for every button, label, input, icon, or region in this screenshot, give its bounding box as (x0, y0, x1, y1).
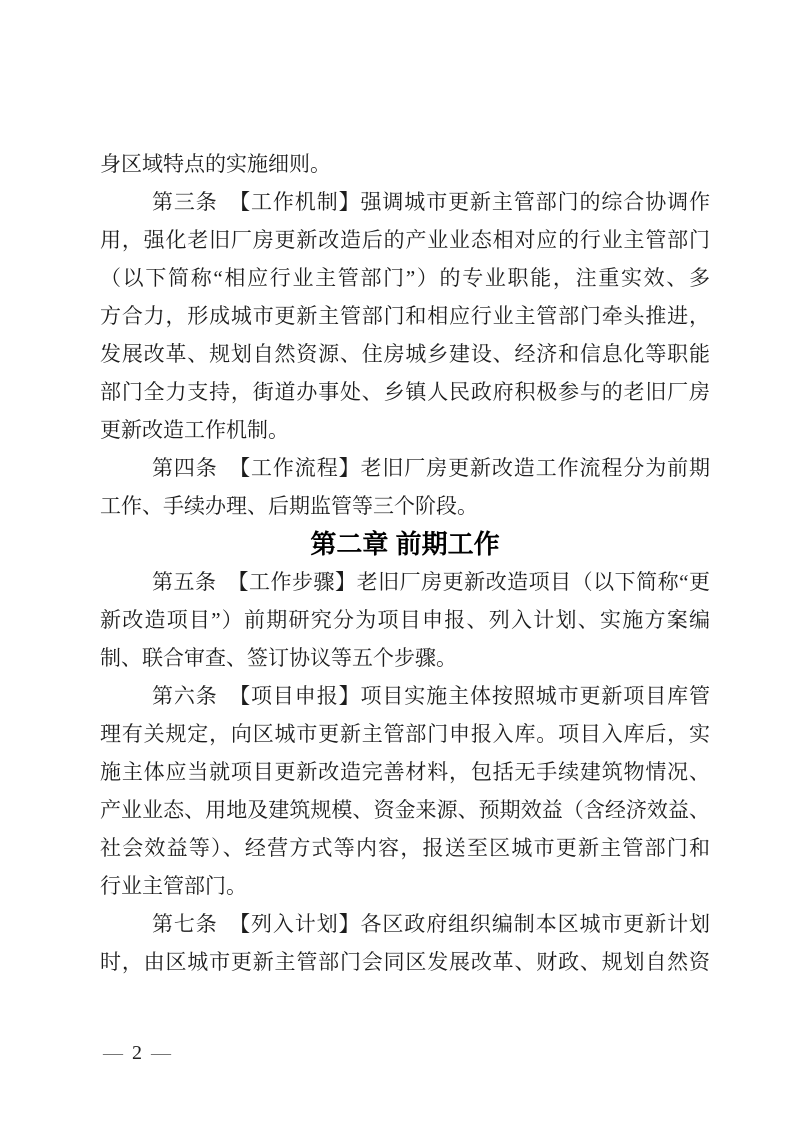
text-line: 时，由区城市更新主管部门会同区发展改革、财政、规划自然资 (100, 943, 710, 981)
page-number: 2 (132, 1042, 142, 1064)
text-line: （以下简称“相应行业主管部门”）的专业职能，注重实效、多 (100, 259, 710, 297)
text-line: 社会效益等）、经营方式等内容，报送至区城市更新主管部门和 (100, 829, 710, 867)
text-line: 方合力，形成城市更新主管部门和相应行业主管部门牵头推进， (100, 297, 710, 335)
text-line: 第六条 【项目申报】项目实施主体按照城市更新项目库管 (100, 677, 710, 715)
document-page: 身区域特点的实施细则。 第三条 【工作机制】强调城市更新主管部门的综合协调作 用… (0, 0, 800, 1132)
body-text: 身区域特点的实施细则。 第三条 【工作机制】强调城市更新主管部门的综合协调作 用… (100, 145, 710, 981)
text-line: 第七条 【列入计划】各区政府组织编制本区城市更新计划 (100, 905, 710, 943)
chapter-heading: 第二章 前期工作 (100, 525, 710, 563)
text-line: 发展改革、规划自然资源、住房城乡建设、经济和信息化等职能 (100, 335, 710, 373)
page-footer: —2— (103, 1040, 171, 1066)
text-line: 工作、手续办理、后期监管等三个阶段。 (100, 487, 710, 525)
text-line: 施主体应当就项目更新改造完善材料，包括无手续建筑物情况、 (100, 753, 710, 791)
text-line: 身区域特点的实施细则。 (100, 145, 710, 183)
text-line: 第四条 【工作流程】老旧厂房更新改造工作流程分为前期 (100, 449, 710, 487)
text-line: 第五条 【工作步骤】老旧厂房更新改造项目（以下简称“更 (100, 563, 710, 601)
footer-dash-left: — (103, 1042, 123, 1064)
text-line: 部门全力支持，街道办事处、乡镇人民政府积极参与的老旧厂房 (100, 373, 710, 411)
text-line: 制、联合审查、签订协议等五个步骤。 (100, 639, 710, 677)
text-line: 更新改造工作机制。 (100, 411, 710, 449)
text-line: 行业主管部门。 (100, 867, 710, 905)
text-line: 产业业态、用地及建筑规模、资金来源、预期效益（含经济效益、 (100, 791, 710, 829)
text-line: 新改造项目”）前期研究分为项目申报、列入计划、实施方案编 (100, 601, 710, 639)
text-line: 理有关规定，向区城市更新主管部门申报入库。项目入库后，实 (100, 715, 710, 753)
footer-dash-right: — (151, 1042, 171, 1064)
text-line: 用，强化老旧厂房更新改造后的产业业态相对应的行业主管部门 (100, 221, 710, 259)
text-line: 第三条 【工作机制】强调城市更新主管部门的综合协调作 (100, 183, 710, 221)
